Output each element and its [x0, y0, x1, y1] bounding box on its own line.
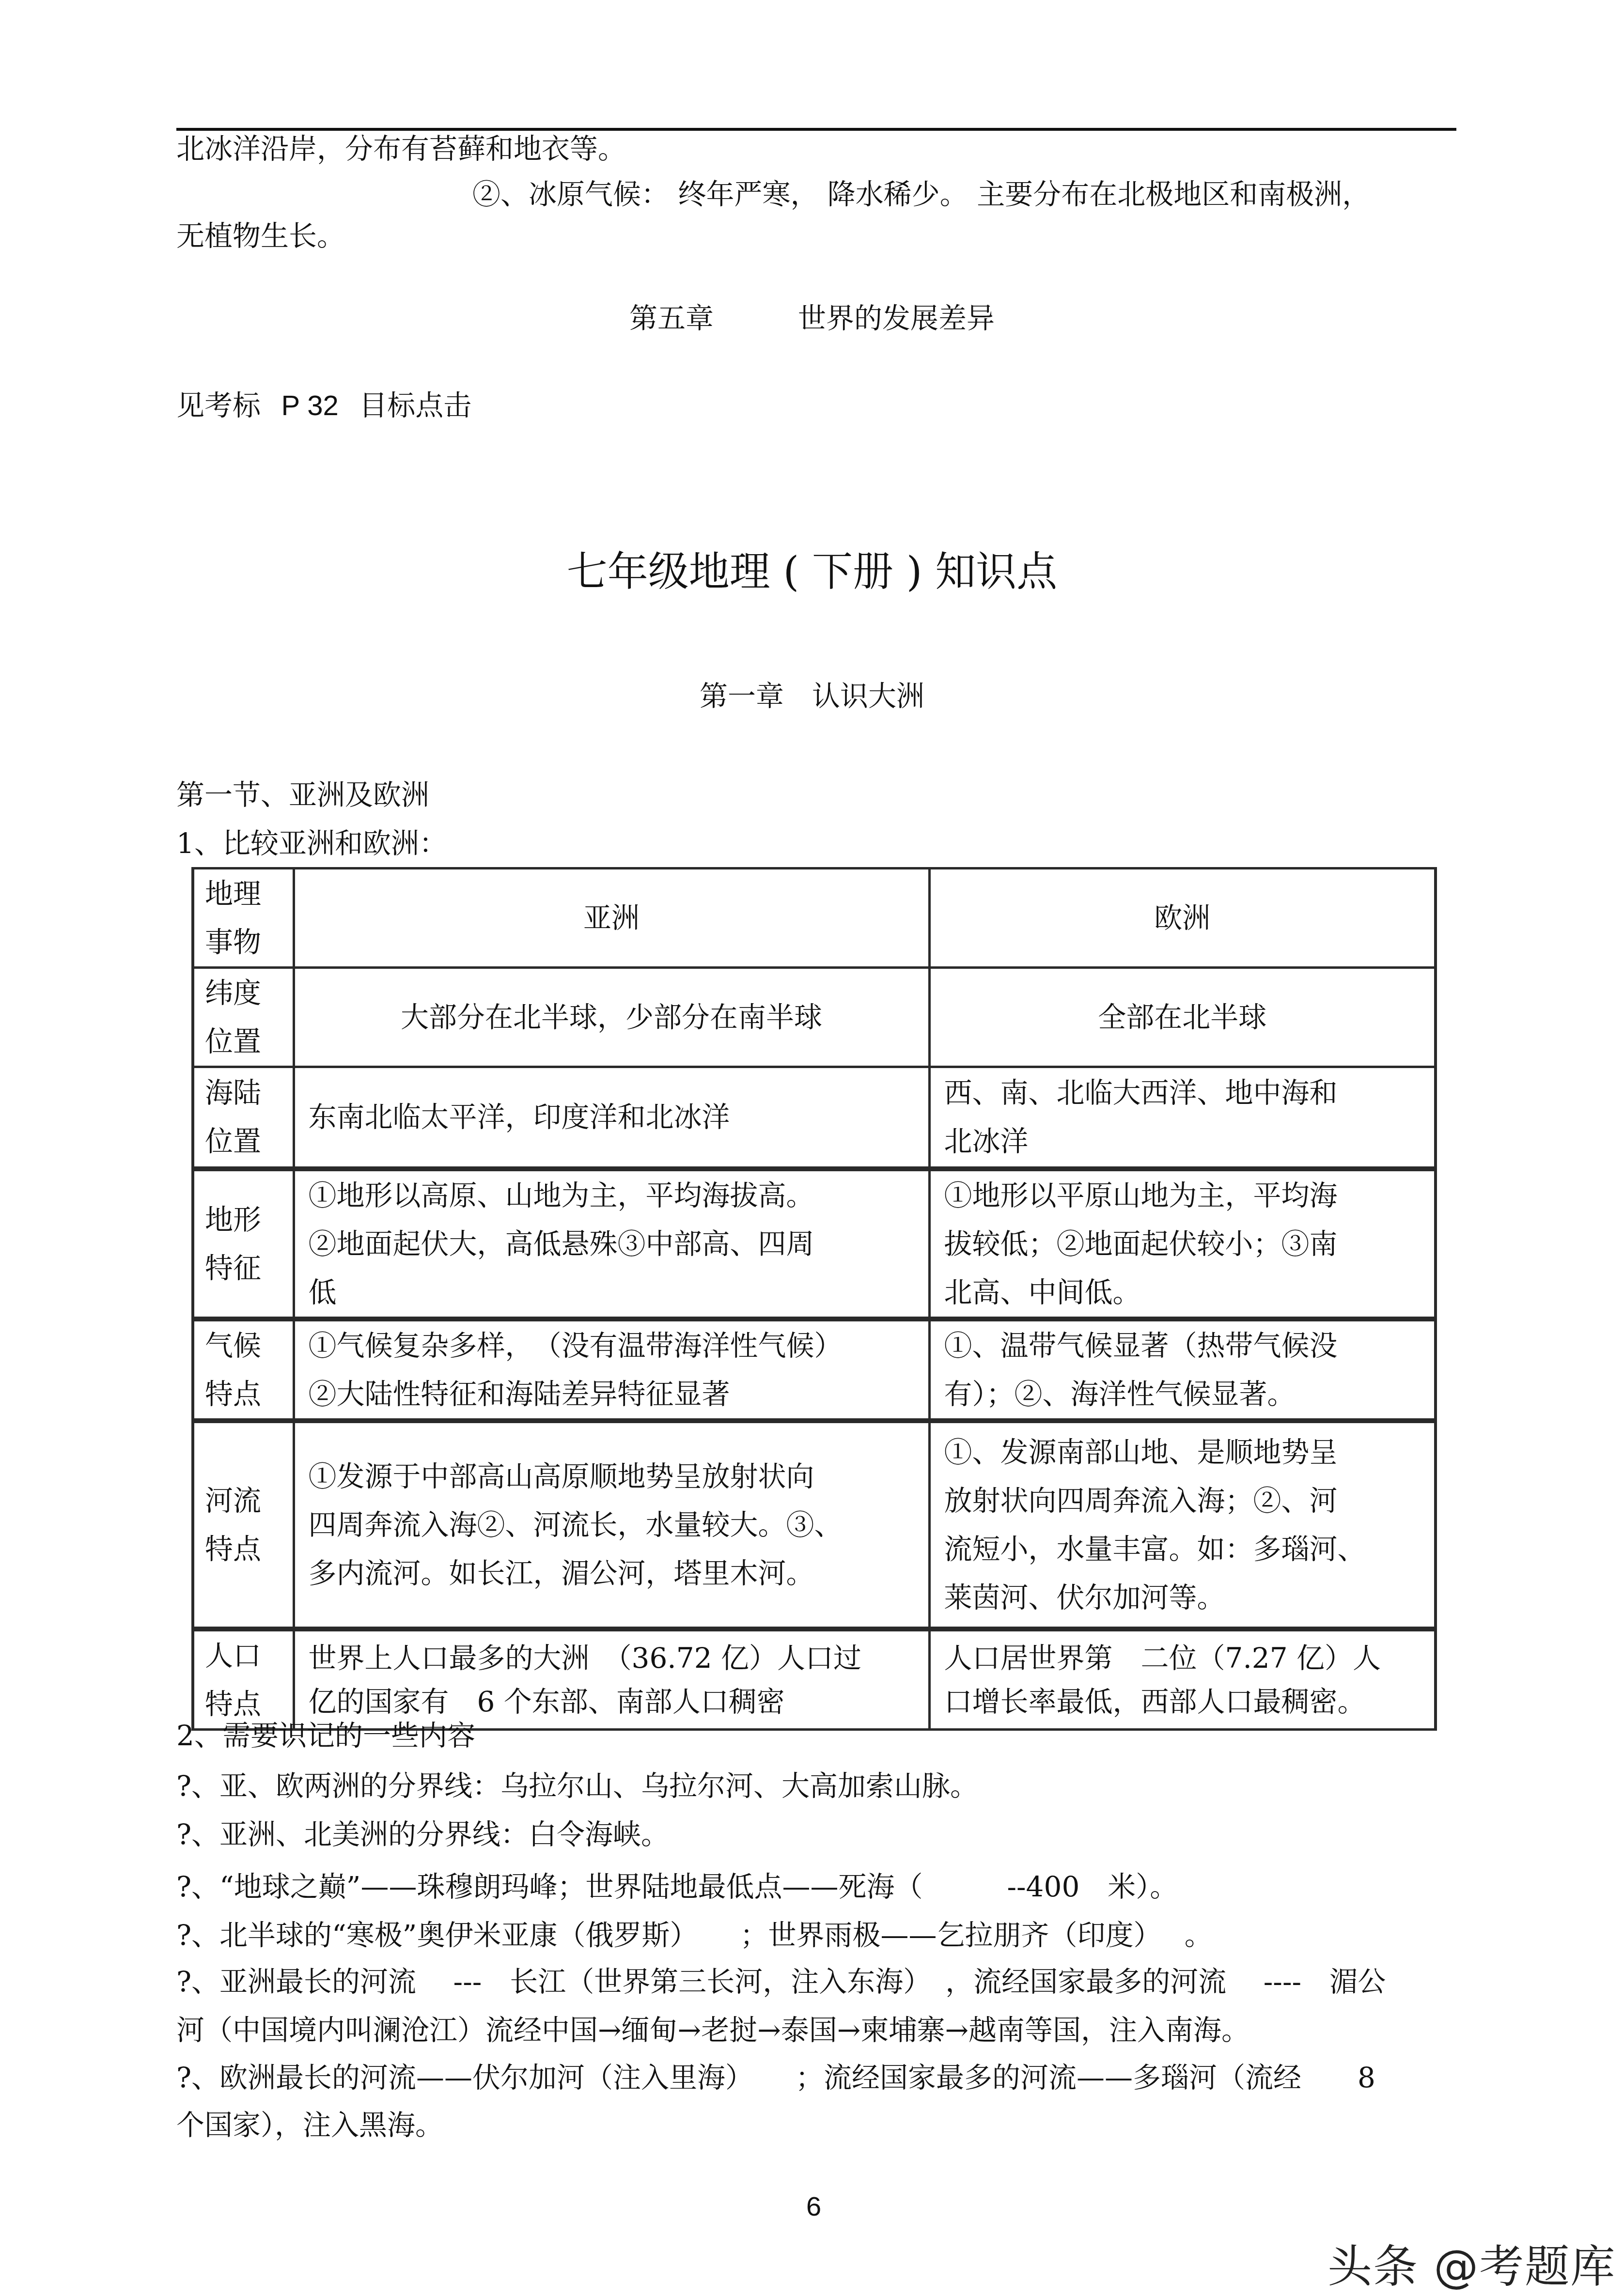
table-row: 纬度 位置 大部分在北半球，少部分在南半球 全部在北半球 — [193, 968, 1436, 1067]
memorize-item: ?、亚洲、北美洲的分界线：白令海峡。 — [176, 1817, 669, 1851]
reference-line: 见考标 P 32 目标点击 — [176, 388, 471, 423]
memorize-item: ?、“地球之巅”——珠穆朗玛峰；世界陆地最低点——死海（ --400 米）。 — [176, 1870, 1178, 1904]
cell-europe: 人口居世界第 二位（7.27 亿）人 口增长率最低，西部人口最稠密。 — [929, 1629, 1436, 1730]
watermark: 头条 @考题库 — [1327, 2240, 1616, 2294]
header-cell-asia: 亚洲 — [294, 869, 929, 968]
table-row: 海陆 位置 东南北临太平洋，印度洋和北冰洋 西、南、北临大西洋、地中海和 北冰洋 — [193, 1067, 1436, 1169]
row-label: 纬度 位置 — [193, 968, 294, 1067]
memorize-heading: 2、需要识记的一些内容 — [176, 1719, 475, 1753]
cell-europe: 西、南、北临大西洋、地中海和 北冰洋 — [929, 1067, 1436, 1169]
memorize-item: ?、欧洲最长的河流——伏尔加河（注入里海） ；流经国家最多的河流——多瑙河（流经… — [176, 2061, 1375, 2094]
cell-europe: ①、发源南部山地、是顺地势呈 放射状向四周奔流入海；②、河 流短小，水量丰富。如… — [929, 1421, 1436, 1629]
row-label: 海陆 位置 — [193, 1067, 294, 1169]
header-rule — [176, 128, 1456, 131]
table-header-row: 地理 事物 亚洲 欧洲 — [193, 869, 1436, 968]
table-row: 地形 特征 ①地形以高原、山地为主，平均海拔高。 ②地面起伏大，高低悬殊③中部高… — [193, 1169, 1436, 1319]
row-label: 气候 特点 — [193, 1319, 294, 1421]
cell-asia: 世界上人口最多的大洲 （36.72 亿）人口过 亿的国家有 6 个东部、南部人口… — [294, 1629, 929, 1730]
cell-asia: 大部分在北半球，少部分在南半球 — [294, 968, 929, 1067]
paragraph-ice-cap-climate: ②、冰原气候： 终年严寒， 降水稀少。 主要分布在北极地区和南极洲， — [472, 177, 1370, 211]
page-number: 6 — [806, 2189, 821, 2223]
chapter5-heading: 第五章 世界的发展差异 — [0, 301, 1624, 335]
cell-asia: ①气候复杂多样， （没有温带海洋性气候） ②大陆性特征和海陆差异特征显著 — [294, 1319, 929, 1421]
table-row: 气候 特点 ①气候复杂多样， （没有温带海洋性气候） ②大陆性特征和海陆差异特征… — [193, 1319, 1436, 1421]
table-row: 人口 特点 世界上人口最多的大洲 （36.72 亿）人口过 亿的国家有 6 个东… — [193, 1629, 1436, 1730]
cell-asia: ①地形以高原、山地为主，平均海拔高。 ②地面起伏大，高低悬殊③中部高、四周 低 — [294, 1169, 929, 1319]
reference-prefix: 见考标 — [176, 389, 261, 422]
memorize-item-continued: 个国家），注入黑海。 — [176, 2108, 443, 2142]
cell-asia: 东南北临太平洋，印度洋和北冰洋 — [294, 1067, 929, 1169]
memorize-item: ?、亚、欧两洲的分界线：乌拉尔山、乌拉尔河、大高加索山脉。 — [176, 1769, 978, 1803]
header-cell-feature: 地理 事物 — [193, 869, 294, 968]
reference-page: P 32 — [281, 390, 338, 421]
row-label: 人口 特点 — [193, 1629, 294, 1730]
section-heading: 第一节、亚洲及欧洲 — [176, 778, 429, 812]
cell-europe: 全部在北半球 — [929, 968, 1436, 1067]
memorize-item-continued: 河（中国境内叫澜沧江）流经中国→缅甸→老挝→泰国→柬埔寨→越南等国，注入南海。 — [176, 2013, 1249, 2047]
reference-suffix: 目标点击 — [359, 389, 471, 422]
asia-europe-comparison-table: 地理 事物 亚洲 欧洲 纬度 位置 大部分在北半球，少部分在南半球 全部在北半球… — [191, 867, 1437, 1731]
paragraph-no-vegetation: 无植物生长。 — [176, 219, 345, 253]
row-label: 河流 特点 — [193, 1421, 294, 1629]
table-row: 河流 特点 ①发源于中部高山高原顺地势呈放射状向 四周奔流入海②、河流长，水量较… — [193, 1421, 1436, 1629]
item1-heading: 1、比较亚洲和欧洲： — [176, 826, 447, 860]
cell-asia: ①发源于中部高山高原顺地势呈放射状向 四周奔流入海②、河流长，水量较大。③、 多… — [294, 1421, 929, 1629]
cell-europe: ①地形以平原山地为主，平均海 拔较低；②地面起伏较小；③南 北高、中间低。 — [929, 1169, 1436, 1319]
memorize-item: ?、亚洲最长的河流 --- 长江（世界第三长河，注入东海） ，流经国家最多的河流… — [176, 1965, 1386, 1999]
chapter-heading: 第一章 认识大洲 — [0, 679, 1624, 713]
header-cell-europe: 欧洲 — [929, 869, 1436, 968]
cell-europe: ①、温带气候显著（热带气候没 有）；②、海洋性气候显著。 — [929, 1319, 1436, 1421]
document-title: 七年级地理 ( 下册 ) 知识点 — [0, 547, 1624, 596]
paragraph-tundra-end: 北冰洋沿岸，分布有苔藓和地衣等。 — [176, 132, 626, 166]
memorize-item: ?、北半球的“寒极”奥伊米亚康（俄罗斯） ；世界雨极——乞拉朋齐（印度） 。 — [176, 1918, 1213, 1952]
row-label: 地形 特征 — [193, 1169, 294, 1319]
